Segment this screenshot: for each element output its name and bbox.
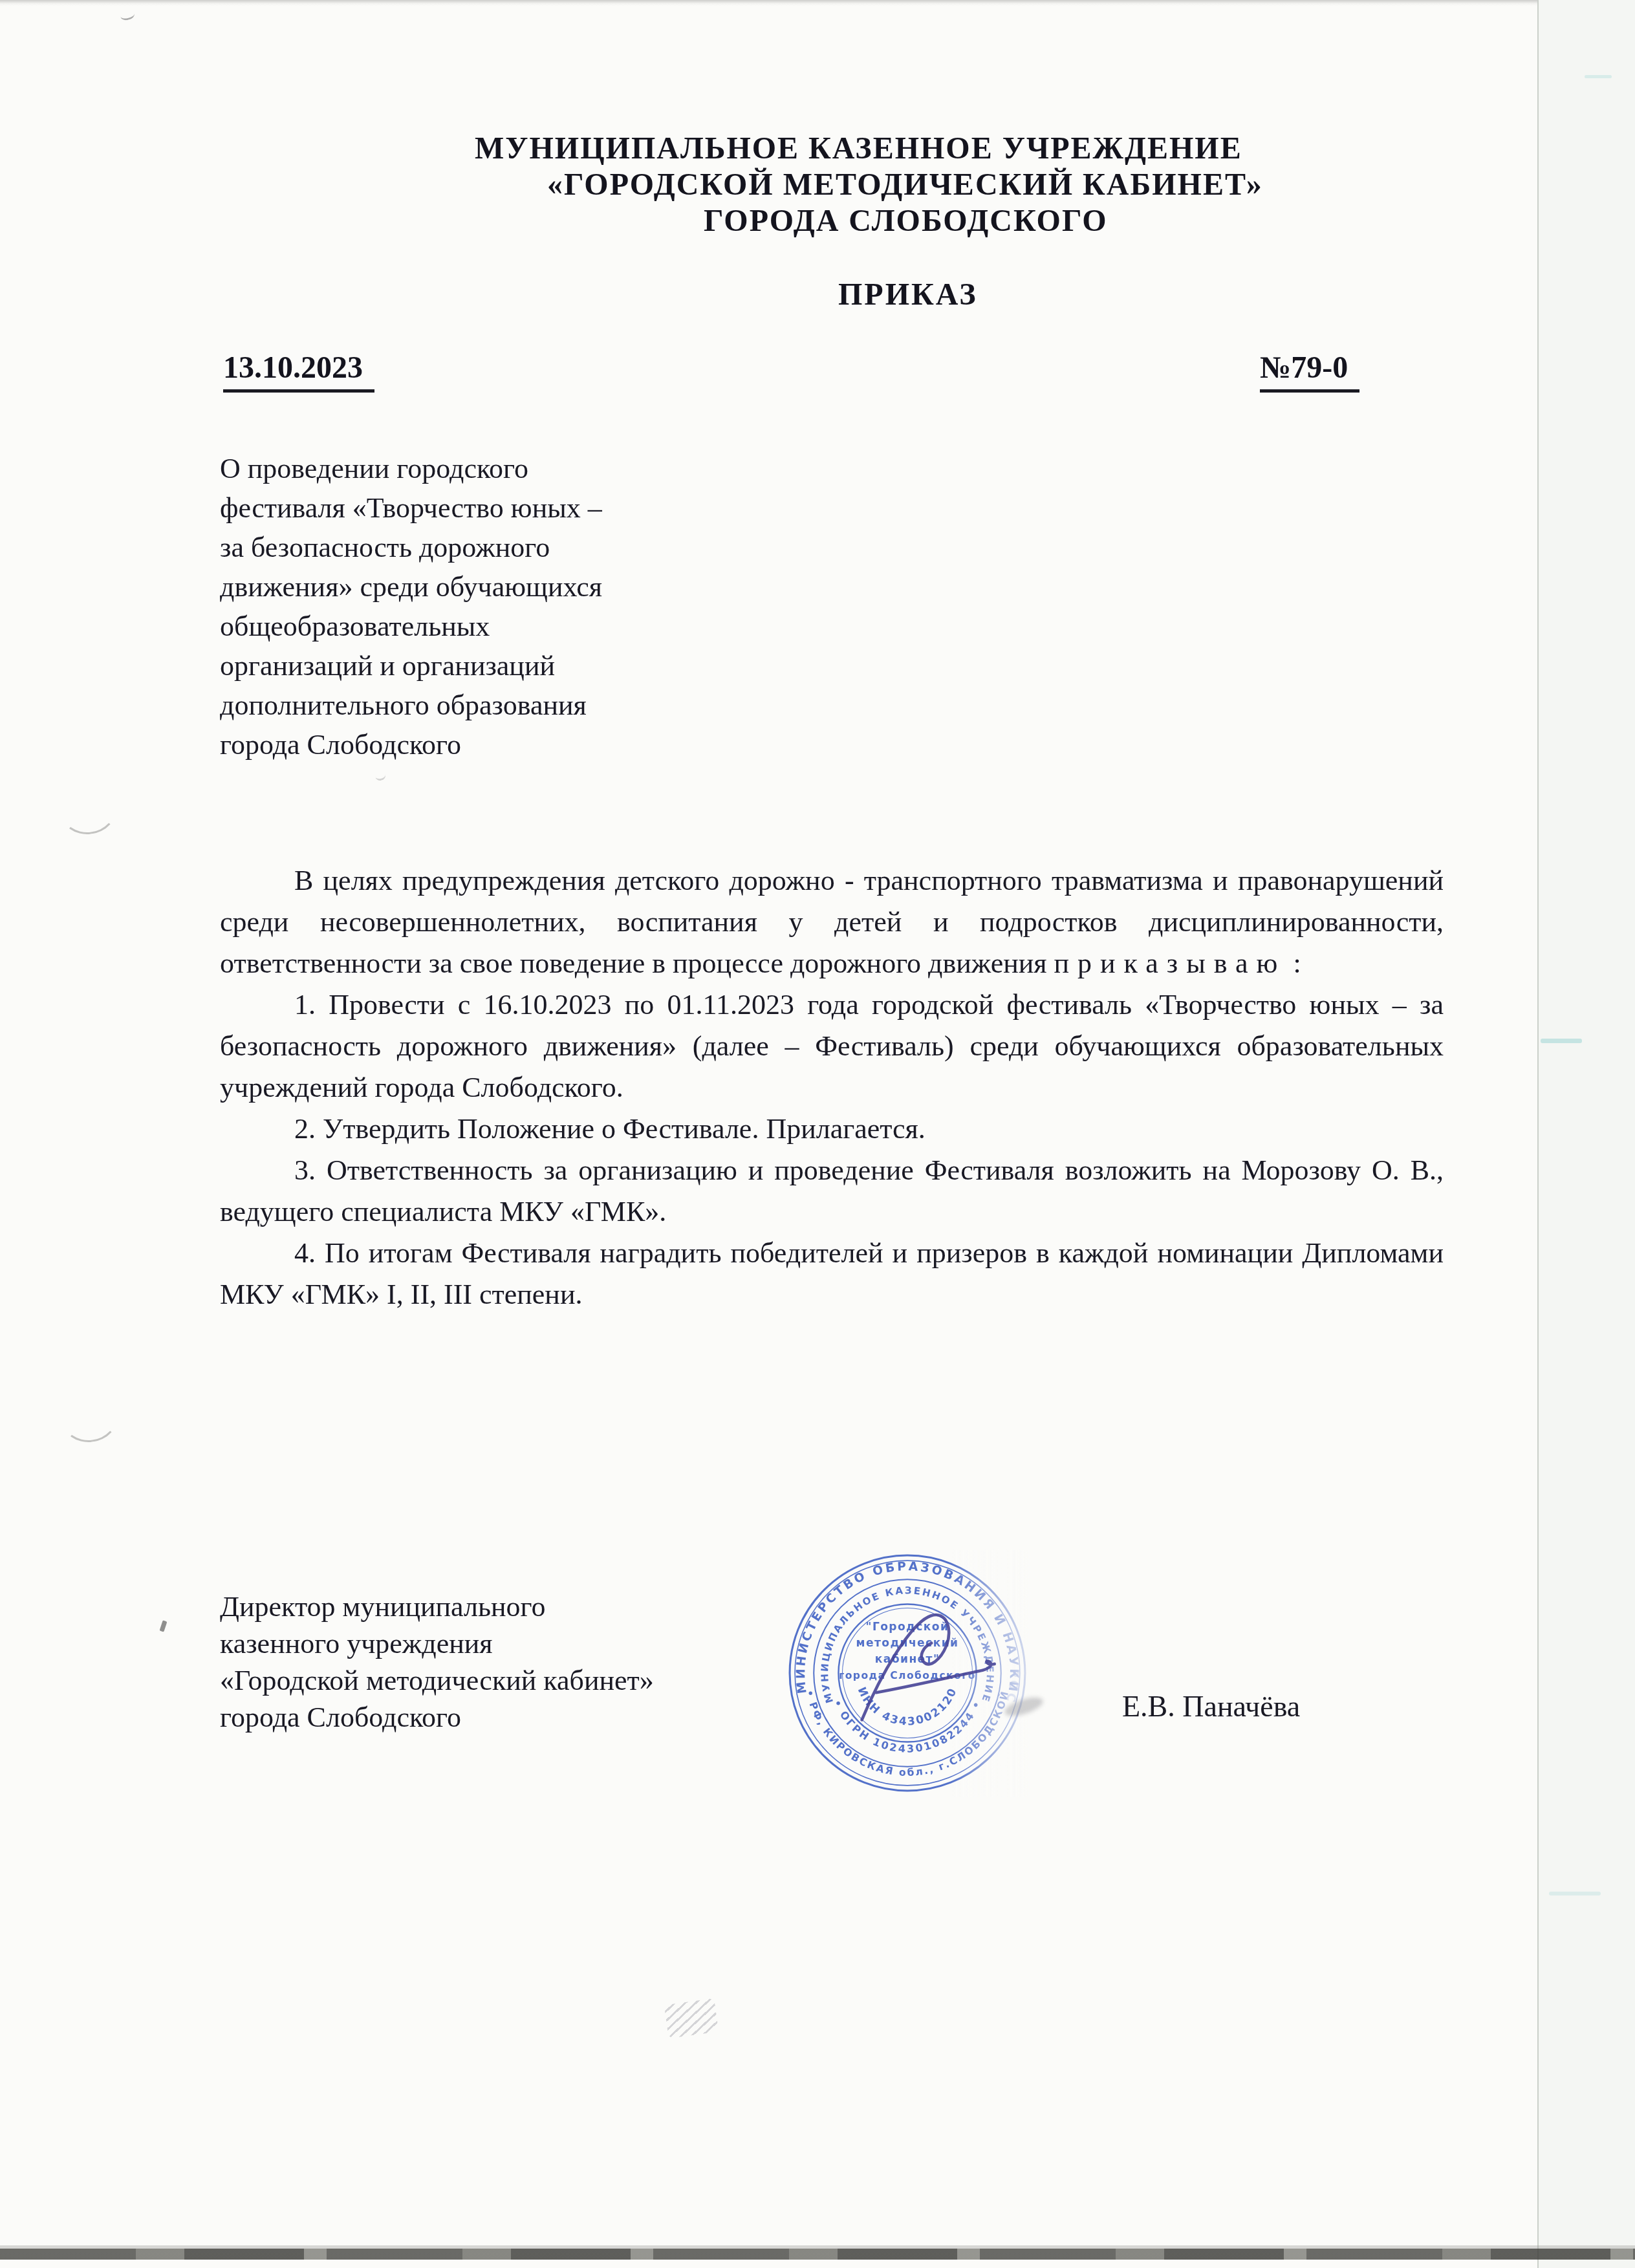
scan-color-streak xyxy=(1549,1892,1601,1895)
signer-name: Е.В. Паначёва xyxy=(1122,1689,1300,1723)
signer-position-block: Директор муниципального казенного учрежд… xyxy=(220,1588,654,1736)
order-item-1: 1. Провести с 16.10.2023 по 01.11.2023 г… xyxy=(220,984,1444,1108)
svg-text:ИНН 4343002120: ИНН 4343002120 xyxy=(855,1685,960,1729)
scanner-edge-top xyxy=(0,0,1635,6)
org-name-line2: «ГОРОДСКОЙ МЕТОДИЧЕСКИЙ КАБИНЕТ» xyxy=(547,167,1263,202)
intro-colon: : xyxy=(1286,947,1301,979)
org-name-line1: МУНИЦИПАЛЬНОЕ КАЗЕННОЕ УЧРЕЖДЕНИЕ xyxy=(475,131,1242,166)
intro-paragraph: В целях предупреждения детского дорожно … xyxy=(220,860,1444,984)
stamp-fade-overlay xyxy=(949,1550,1031,1797)
speckle-smudge xyxy=(664,1998,719,2038)
scan-color-streak xyxy=(1541,1039,1582,1043)
official-seal-stamp: МИНИСТЕРСТВО ОБРАЗОВАНИЯ И НАУКИ РОС • Р… xyxy=(784,1550,1031,1797)
org-name-line3: ГОРОДА СЛОБОДСКОГО xyxy=(704,203,1108,239)
document-type-title: ПРИКАЗ xyxy=(838,277,978,312)
order-number: №79-0 xyxy=(1260,350,1359,393)
page-right-edge-band xyxy=(1537,0,1635,2268)
pencil-mark xyxy=(374,770,387,782)
hole-punch-shadow xyxy=(58,1389,120,1445)
pencil-mark xyxy=(160,1620,168,1632)
stamp-inn-text: ИНН 4343002120 xyxy=(855,1685,960,1729)
scan-color-streak xyxy=(1585,75,1612,78)
scanned-order-document: МУНИЦИПАЛЬНОЕ КАЗЕННОЕ УЧРЕЖДЕНИЕ «ГОРОД… xyxy=(0,0,1635,2268)
order-body: В целях предупреждения детского дорожно … xyxy=(220,860,1444,1315)
order-item-4: 4. По итогам Фестиваля наградить победит… xyxy=(220,1233,1444,1315)
order-subject: О проведении городского фестиваля «Творч… xyxy=(220,449,602,764)
order-date: 13.10.2023 xyxy=(223,350,374,393)
scanner-edge-bottom xyxy=(0,2249,1635,2260)
pencil-mark xyxy=(120,9,136,21)
stamp-center-line1: "Городской xyxy=(866,1621,949,1634)
hole-punch-shadow xyxy=(57,781,119,837)
intro-emphasis-word: приказываю xyxy=(1054,947,1286,979)
order-item-3: 3. Ответственность за организацию и пров… xyxy=(220,1150,1444,1233)
order-item-2: 2. Утвердить Положение о Фестивале. Прил… xyxy=(220,1108,1444,1150)
